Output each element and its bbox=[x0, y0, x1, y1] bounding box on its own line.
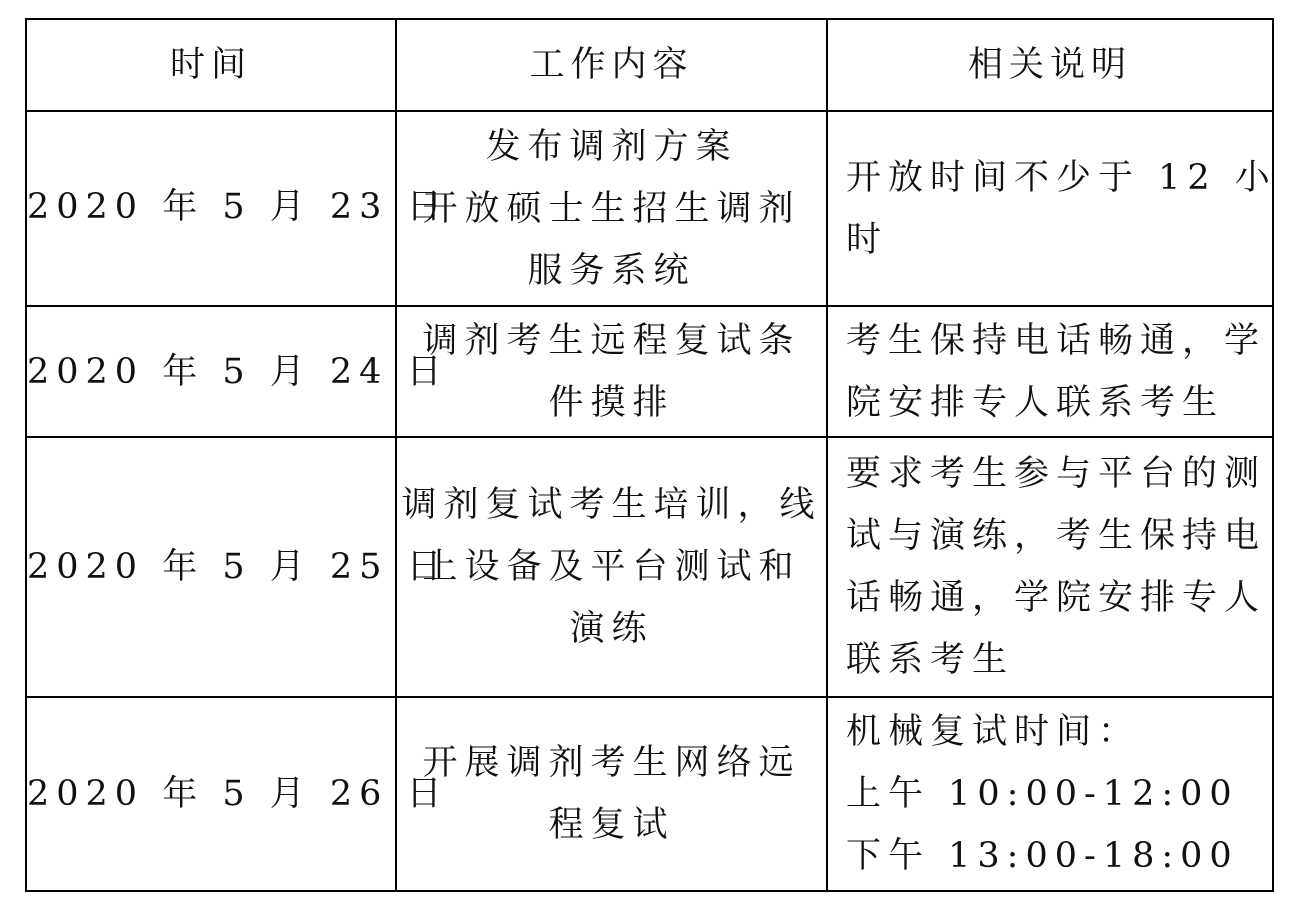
work-line: 调剂复试考生培训，线 bbox=[397, 474, 826, 536]
note-line: 开放时间不少于 12 小 bbox=[846, 147, 1272, 209]
date-text: 2020 年 5 月 25 日 bbox=[27, 536, 395, 598]
note-cell: 开放时间不少于 12 小 时 bbox=[827, 111, 1273, 306]
header-label: 相关说明 bbox=[828, 34, 1272, 96]
note-line: 院安排专人联系考生 bbox=[846, 372, 1272, 434]
date-cell: 2020 年 5 月 23 日 bbox=[26, 111, 396, 306]
work-line: 调剂考生远程复试条 bbox=[397, 310, 826, 372]
header-row: 时间 工作内容 相关说明 bbox=[26, 19, 1273, 111]
note-line: 时 bbox=[846, 209, 1272, 271]
header-note: 相关说明 bbox=[827, 19, 1273, 111]
note-line: 要求考生参与平台的测 bbox=[846, 443, 1272, 505]
work-cell: 调剂考生远程复试条 件摸排 bbox=[396, 306, 827, 437]
table-row: 2020 年 5 月 25 日 调剂复试考生培训，线 上设备及平台测试和 演练 … bbox=[26, 437, 1273, 697]
work-cell: 开展调剂考生网络远 程复试 bbox=[396, 697, 827, 891]
note-line: 下午 13:00-18:00 bbox=[846, 825, 1272, 887]
table-row: 2020 年 5 月 24 日 调剂考生远程复试条 件摸排 考生保持电话畅通，学… bbox=[26, 306, 1273, 437]
header-label: 时间 bbox=[27, 34, 395, 96]
work-line: 服务系统 bbox=[397, 240, 826, 302]
note-cell: 要求考生参与平台的测 试与演练，考生保持电 话畅通，学院安排专人 联系考生 bbox=[827, 437, 1273, 697]
header-work: 工作内容 bbox=[396, 19, 827, 111]
note-line: 话畅通，学院安排专人 bbox=[846, 567, 1272, 629]
work-line: 演练 bbox=[397, 598, 826, 660]
table-row: 2020 年 5 月 23 日 发布调剂方案 开放硕士生招生调剂 服务系统 开放… bbox=[26, 111, 1273, 306]
note-line: 联系考生 bbox=[846, 629, 1272, 691]
note-line: 试与演练，考生保持电 bbox=[846, 505, 1272, 567]
work-cell: 调剂复试考生培训，线 上设备及平台测试和 演练 bbox=[396, 437, 827, 697]
date-cell: 2020 年 5 月 25 日 bbox=[26, 437, 396, 697]
date-cell: 2020 年 5 月 24 日 bbox=[26, 306, 396, 437]
note-line: 考生保持电话畅通，学 bbox=[846, 310, 1272, 372]
work-line: 发布调剂方案 bbox=[397, 116, 826, 178]
note-line: 上午 10:00-12:00 bbox=[846, 763, 1272, 825]
date-text: 2020 年 5 月 26 日 bbox=[27, 763, 395, 825]
note-line: 机械复试时间： bbox=[846, 701, 1272, 763]
table-row: 2020 年 5 月 26 日 开展调剂考生网络远 程复试 机械复试时间： 上午… bbox=[26, 697, 1273, 891]
work-line: 上设备及平台测试和 bbox=[397, 536, 826, 598]
work-line: 程复试 bbox=[397, 794, 826, 856]
work-cell: 发布调剂方案 开放硕士生招生调剂 服务系统 bbox=[396, 111, 827, 306]
header-time: 时间 bbox=[26, 19, 396, 111]
work-line: 开展调剂考生网络远 bbox=[397, 732, 826, 794]
note-cell: 机械复试时间： 上午 10:00-12:00 下午 13:00-18:00 bbox=[827, 697, 1273, 891]
date-text: 2020 年 5 月 23 日 bbox=[27, 176, 395, 238]
header-label: 工作内容 bbox=[397, 34, 826, 96]
work-line: 件摸排 bbox=[397, 372, 826, 434]
note-cell: 考生保持电话畅通，学 院安排专人联系考生 bbox=[827, 306, 1273, 437]
schedule-table: 时间 工作内容 相关说明 2020 年 5 月 23 日 发布调剂方案 开放硕士… bbox=[25, 18, 1274, 892]
date-cell: 2020 年 5 月 26 日 bbox=[26, 697, 396, 891]
work-line: 开放硕士生招生调剂 bbox=[397, 178, 826, 240]
date-text: 2020 年 5 月 24 日 bbox=[27, 341, 395, 403]
